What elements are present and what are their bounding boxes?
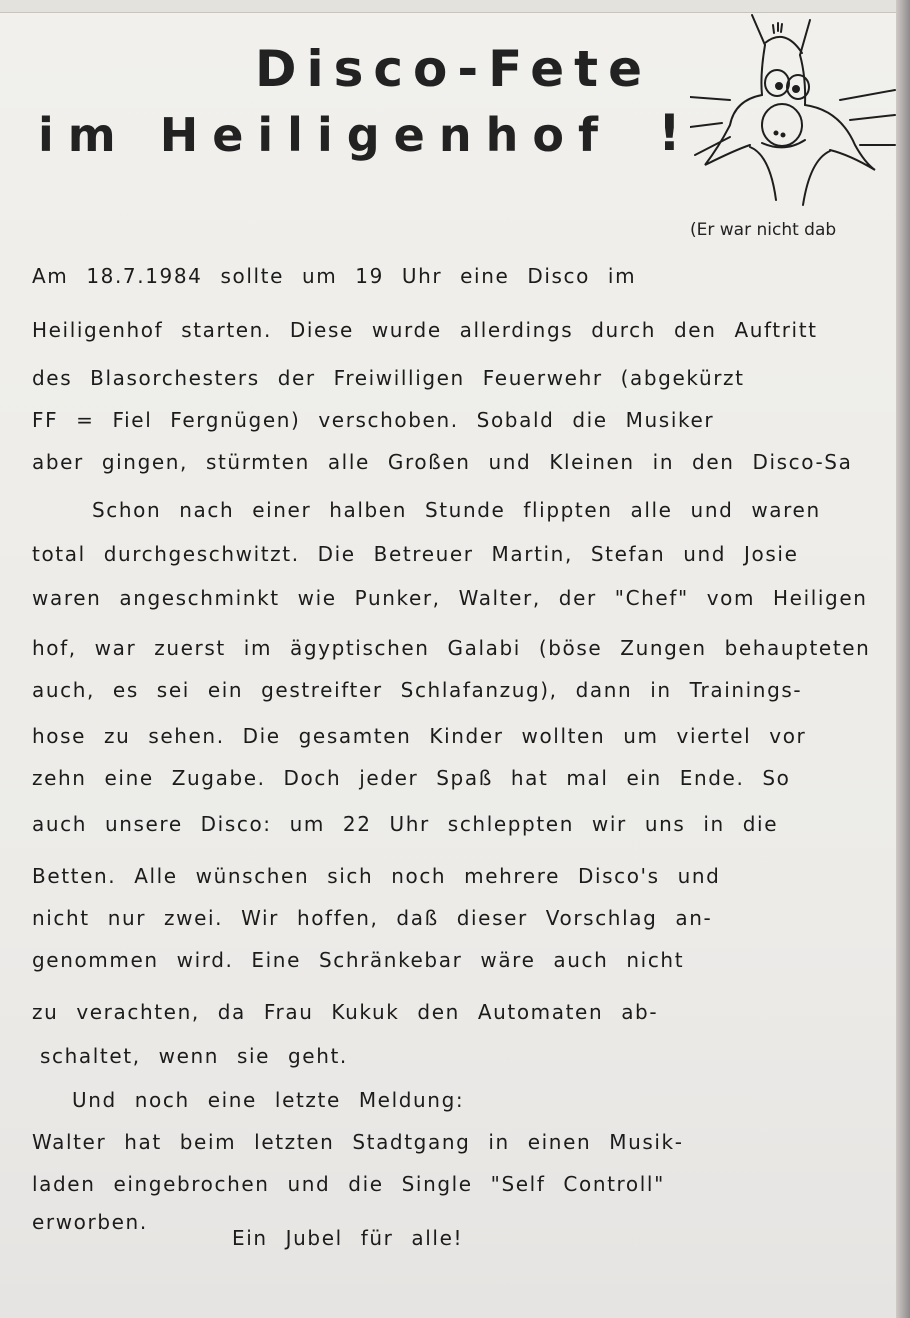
doodle-caption: (Er war nicht dab [690,220,836,240]
cat-doodle-icon [690,5,900,210]
text-line: Schon nach einer halben Stunde flippten … [92,498,821,522]
text-line: total durchgeschwitzt. Die Betreuer Mart… [32,542,798,566]
text-line: zehn eine Zugabe. Doch jeder Spaß hat ma… [32,766,791,790]
text-line: FF = Fiel Fergnügen) verschoben. Sobald … [32,408,714,432]
page-title-exclamation: ! [658,104,691,162]
text-line: waren angeschminkt wie Punker, Walter, d… [32,586,868,610]
page-title-line-1: Disco-Fete [255,40,652,98]
text-line: genommen wird. Eine Schränkebar wäre auc… [32,948,684,972]
text-line: Und noch eine letzte Meldung: [72,1088,464,1112]
text-line: Heiligenhof starten. Diese wurde allerdi… [32,318,818,342]
text-line: auch, es sei ein gestreifter Schlafanzug… [32,678,802,702]
text-line: laden eingebrochen und die Single "Self … [32,1172,665,1196]
text-line: nicht nur zwei. Wir hoffen, daß dieser V… [32,906,712,930]
text-line: Walter hat beim letzten Stadtgang in ein… [32,1130,684,1154]
text-line: auch unsere Disco: um 22 Uhr schleppten … [32,812,778,836]
text-line-closing: Ein Jubel für alle! [232,1226,463,1250]
page-title-line-2: im Heiligenhof [38,108,612,162]
text-line: des Blasorchesters der Freiwilligen Feue… [32,366,745,390]
text-line: Betten. Alle wünschen sich noch mehrere … [32,864,720,888]
text-line: zu verachten, da Frau Kukuk den Automate… [32,1000,658,1024]
text-line: Am 18.7.1984 sollte um 19 Uhr eine Disco… [32,264,636,288]
text-line: schaltet, wenn sie geht. [40,1044,348,1068]
text-line: aber gingen, stürmten alle Großen und Kl… [32,450,852,474]
text-line: hose zu sehen. Die gesamten Kinder wollt… [32,724,806,748]
text-line: hof, war zuerst im ägyptischen Galabi (b… [32,636,870,660]
text-line: erworben. [32,1210,148,1234]
